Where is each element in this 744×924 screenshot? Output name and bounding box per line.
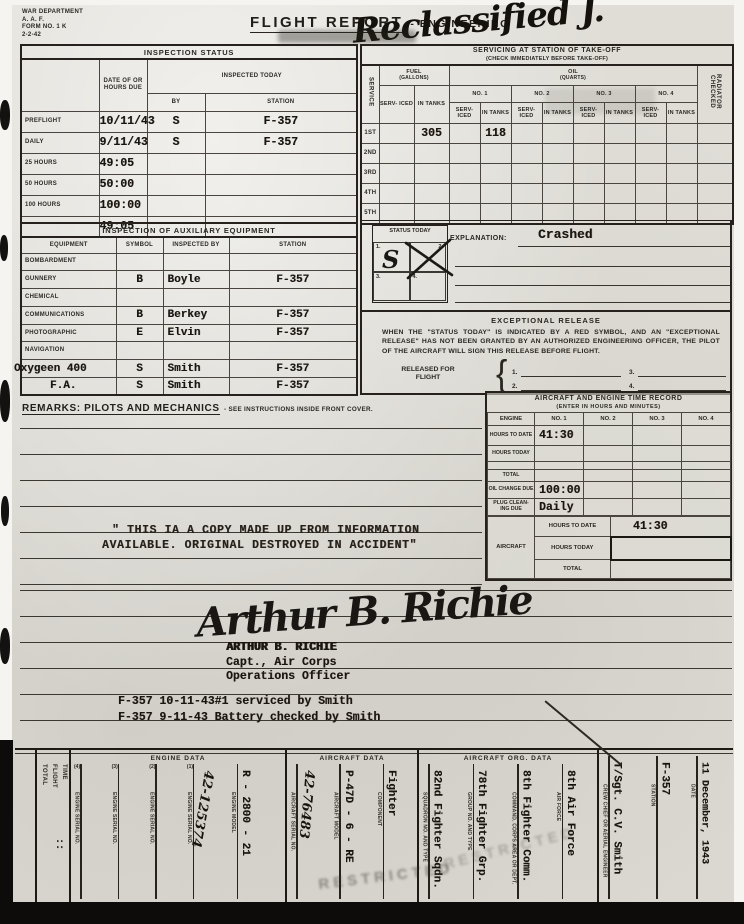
table-row xyxy=(488,462,731,470)
scan-artifact xyxy=(278,30,416,43)
value-cell: 100:00 xyxy=(535,482,584,499)
row-label: 4TH xyxy=(361,184,379,204)
ruled-lines xyxy=(20,403,482,585)
value-cell: 41:30 xyxy=(535,426,584,446)
col-header-date-due: DATE OF OR HOURS DUE xyxy=(99,59,147,111)
col-header-oil: OIL(QUARTS) xyxy=(449,65,697,85)
subcol-serviced: SERV- ICED xyxy=(449,103,480,124)
row-label: TOTAL xyxy=(488,470,535,482)
row-label: PREFLIGHT xyxy=(21,111,99,132)
release-line-number: 4. xyxy=(629,383,634,390)
col-header-station: STATION xyxy=(205,93,357,111)
table-row: F.A. S Smith F-357 xyxy=(21,378,357,396)
row-label: 25 HOURS xyxy=(21,153,99,174)
scan-artifact xyxy=(0,628,10,664)
table-row: Oxygeen 400 S Smith F-357 xyxy=(21,360,357,378)
symbol-cell: B xyxy=(116,306,163,324)
hours-today-box xyxy=(611,537,731,560)
scan-artifact xyxy=(0,380,10,422)
aux-title: INSPECTION OF AUXILIARY EQUIPMENT xyxy=(21,223,357,237)
scan-artifact xyxy=(0,100,10,130)
ruled-line xyxy=(455,302,730,303)
exceptional-release-body: WHEN THE "STATUS TODAY" IS INDICATED BY … xyxy=(382,328,720,356)
handwritten-x-mark xyxy=(403,237,455,281)
col-header-oil-no4: NO. 4 xyxy=(635,85,697,103)
equipment-label: COMMUNICATIONS xyxy=(21,306,116,324)
col-header-oil-no1: NO. 1 xyxy=(449,85,511,103)
table-row: 4TH xyxy=(361,184,733,204)
inspection-status-title: INSPECTION STATUS xyxy=(21,45,357,59)
release-line-number: 3. xyxy=(629,369,634,376)
table-row: CHEMICAL xyxy=(21,289,357,307)
inspection-status-table: INSPECTION STATUS DATE OF OR HOURS DUE I… xyxy=(20,44,358,238)
oil1-in-tanks-cell: 118 xyxy=(480,124,511,144)
col-header-service: SERVICE xyxy=(361,65,379,124)
due-cell: 100:00 xyxy=(99,195,147,216)
inspected-by-cell: Smith xyxy=(163,378,229,396)
due-cell: 9/11/43 xyxy=(99,132,147,153)
col-header-oil-no3: NO. 3 xyxy=(573,85,635,103)
signer-rank: Capt., Air Corps xyxy=(226,656,350,671)
table-row: 100 HOURS 100:00 xyxy=(21,195,357,216)
ruled-line xyxy=(455,285,730,286)
engine-data-section: ENGINE DATA (4) ENGINE SERIAL NO. (3) EN… xyxy=(71,750,287,903)
form-number: FORM NO. 1 K xyxy=(22,24,122,32)
row-label: HOURS TO DATE xyxy=(535,517,611,537)
station-cell: F-357 xyxy=(229,324,357,342)
table-row: 1ST 305 118 xyxy=(361,124,733,144)
subcol-in-tanks: IN TANKS xyxy=(480,103,511,124)
table-row: PREFLIGHT 10/11/43 S F-357 xyxy=(21,111,357,132)
symbol-cell: E xyxy=(116,324,163,342)
inspected-by-cell: Berkey xyxy=(163,306,229,324)
table-row: PHOTOGRAPHIC E Elvin F-357 xyxy=(21,324,357,342)
squadron-field: SQUADRON NO. AND TYPE 82nd Fighter Sqdn. xyxy=(419,764,464,905)
col-header-no3: NO. 3 xyxy=(633,413,682,426)
table-row: AIRCRAFT HOURS TO DATE 41:30 xyxy=(488,517,731,537)
servicing-title: SERVICING AT STATION OF TAKE-OFF (CHECK … xyxy=(361,45,733,65)
total-flight-time-column: TOTAL FLIGHT TIME :: xyxy=(37,750,71,903)
exceptional-release-title: EXCEPTIONAL RELEASE xyxy=(360,316,732,325)
col-header-no1: NO. 1 xyxy=(535,413,584,426)
value-cell: 41:30 xyxy=(611,517,731,537)
inspected-by-cell: Elvin xyxy=(163,324,229,342)
scan-artifact xyxy=(0,740,13,924)
scan-artifact xyxy=(1,496,9,526)
col-header-inspected-today: INSPECTED TODAY xyxy=(147,59,357,93)
col-header-station: STATION xyxy=(229,237,357,253)
signature-line xyxy=(638,376,726,377)
servicing-title-text: SERVICING AT STATION OF TAKE-OFF xyxy=(362,47,732,55)
table-row: HOURS TO DATE 41:30 xyxy=(488,426,731,446)
crew-station-date-section: CREW CHIEF OR AERIAL ENGINEER T/Sgt. C.V… xyxy=(599,750,730,903)
date-field: DATE 11 December, 1943 xyxy=(687,756,730,905)
row-label: HOURS TO DATE xyxy=(488,426,535,446)
col-header-oil-no2: NO. 2 xyxy=(511,85,573,103)
equipment-label: PHOTOGRAPHIC xyxy=(21,324,116,342)
scan-artifact xyxy=(0,902,744,924)
by-cell: S xyxy=(147,111,205,132)
by-cell: S xyxy=(147,132,205,153)
engine-data-header: ENGINE DATA xyxy=(71,755,285,762)
ruled-line xyxy=(455,266,730,267)
explanation-label: EXPLANATION: xyxy=(450,235,507,242)
equipment-label: BOMBARDMENT xyxy=(21,253,116,271)
total-flight-time-value: :: xyxy=(53,838,64,850)
explanation-value: Crashed xyxy=(538,227,593,242)
row-label: 1ST xyxy=(361,124,379,144)
col-header-fuel: FUEL(GALLONS) xyxy=(379,65,449,85)
station-cell: F-357 xyxy=(229,360,357,378)
engine-serial-4-field: (4) ENGINE SERIAL NO. xyxy=(71,764,109,905)
symbol-cell: B xyxy=(116,271,163,289)
agency-branch: A. A. F. xyxy=(22,17,122,25)
station-cell: F-357 xyxy=(205,111,357,132)
table-row: PLUG CLEAN- ING DUE Daily xyxy=(488,499,731,516)
servicing-subtitle: (CHECK IMMEDIATELY BEFORE TAKE-OFF) xyxy=(362,55,732,63)
signature-line xyxy=(521,376,621,377)
table-row: NAVIGATION xyxy=(21,342,357,360)
subcol-serviced: SERV- ICED xyxy=(511,103,542,124)
station-cell: F-357 xyxy=(229,306,357,324)
form-identifier: WAR DEPARTMENT A. A. F. FORM NO. 1 K 2-2… xyxy=(22,9,122,39)
row-label: PLUG CLEAN- ING DUE xyxy=(488,499,535,516)
col-header-inspected-by: INSPECTED BY xyxy=(163,237,229,253)
total-flight-time-label: TOTAL FLIGHT TIME xyxy=(39,764,68,788)
subcol-in-tanks: IN TANKS xyxy=(604,103,635,124)
copy-note-line1: " THIS IA A COPY MADE UP FROM INFORMATIO… xyxy=(112,523,420,538)
table-row: BOMBARDMENT xyxy=(21,253,357,271)
time-record-title: AIRCRAFT AND ENGINE TIME RECORD (ENTER I… xyxy=(487,393,730,412)
inspected-by-cell: Smith xyxy=(163,360,229,378)
copy-note-line2: AVAILABLE. ORIGINAL DESTROYED IN ACCIDEN… xyxy=(102,538,420,553)
due-cell: 10/11/43 xyxy=(99,111,147,132)
equipment-label: NAVIGATION xyxy=(21,342,116,360)
row-label: HOURS TODAY xyxy=(535,537,611,560)
org-data-header: AIRCRAFT ORG. DATA xyxy=(419,755,597,762)
subcol-serviced: SERV- ICED xyxy=(573,103,604,124)
station-field: STATION F-357 xyxy=(647,756,687,905)
brace-glyph: { xyxy=(496,353,507,396)
form-date: 2-2-42 xyxy=(22,32,122,40)
engine-time-table: ENGINE NO. 1 NO. 2 NO. 3 NO. 4 HOURS TO … xyxy=(487,412,731,516)
scanned-flight-report: WAR DEPARTMENT A. A. F. FORM NO. 1 K 2-2… xyxy=(0,0,744,924)
row-label: OIL CHANGE DUE xyxy=(488,482,535,499)
station-cell: F-357 xyxy=(229,271,357,289)
released-for-flight-label: RELEASED FOR FLIGHT xyxy=(390,366,466,382)
row-label: DAILY xyxy=(21,132,99,153)
col-header-fuel-serviced: SERV- ICED xyxy=(379,85,414,124)
table-row: TOTAL xyxy=(488,470,731,482)
engine-serial-2-field: (2) ENGINE SERIAL NO. xyxy=(146,764,184,905)
aircraft-time-table: AIRCRAFT HOURS TO DATE 41:30 HOURS TODAY… xyxy=(487,516,732,579)
table-row: 3RD xyxy=(361,164,733,184)
signer-role: Operations Officer xyxy=(226,670,350,685)
row-label: 3RD xyxy=(361,164,379,184)
table-row: HOURS TODAY xyxy=(488,446,731,462)
col-header-engine: ENGINE xyxy=(488,413,535,426)
signature-block: ARTHUR B. RICHIE Capt., Air Corps Operat… xyxy=(226,641,350,685)
row-label: 2ND xyxy=(361,144,379,164)
agency-name: WAR DEPARTMENT xyxy=(22,9,122,17)
col-header-symbol: SYMBOL xyxy=(116,237,163,253)
scan-artifact xyxy=(0,235,8,261)
col-header-by: BY xyxy=(147,93,205,111)
table-row: COMMUNICATIONS B Berkey F-357 xyxy=(21,306,357,324)
due-cell: 49:05 xyxy=(99,153,147,174)
table-row: OIL CHANGE DUE 100:00 xyxy=(488,482,731,499)
aircraft-data-header: AIRCRAFT DATA xyxy=(287,755,417,762)
handwritten-aircraft-serial: 42-76483 xyxy=(294,763,316,839)
fuel-in-tanks-cell: 305 xyxy=(414,124,449,144)
equipment-label: Oxygeen 400 xyxy=(21,360,116,378)
engine-model-field: ENGINE MODEL R - 2800 - 21 xyxy=(228,764,285,905)
value-cell: Daily xyxy=(535,499,584,516)
copy-note: " THIS IA A COPY MADE UP FROM INFORMATIO… xyxy=(112,523,420,553)
strip-stub xyxy=(15,750,37,903)
auxiliary-equipment-table: INSPECTION OF AUXILIARY EQUIPMENT EQUIPM… xyxy=(20,222,358,396)
col-header-equipment: EQUIPMENT xyxy=(21,237,116,253)
subcol-serviced: SERV- ICED xyxy=(635,103,666,124)
subcol-in-tanks: IN TANKS xyxy=(666,103,697,124)
signer-name: ARTHUR B. RICHIE xyxy=(226,641,350,656)
symbol-cell: S xyxy=(116,378,163,396)
release-line-number: 1. xyxy=(512,369,517,376)
servicing-table: SERVICING AT STATION OF TAKE-OFF (CHECK … xyxy=(360,44,734,225)
station-cell: F-357 xyxy=(229,378,357,396)
ruled-line xyxy=(518,246,730,247)
row-label: 100 HOURS xyxy=(21,195,99,216)
release-line-number: 2. xyxy=(512,383,517,390)
time-record-block: AIRCRAFT AND ENGINE TIME RECORD (ENTER I… xyxy=(485,391,732,581)
col-header-radiator: RADIATOR CHECKED xyxy=(697,65,733,124)
crew-chief-field: CREW CHIEF OR AERIAL ENGINEER T/Sgt. C.V… xyxy=(599,756,647,905)
handwritten-status-symbol: S xyxy=(382,245,399,274)
table-row: 2ND xyxy=(361,144,733,164)
col-header-no2: NO. 2 xyxy=(584,413,633,426)
group-field: GROUP NO. AND TYPE 78th Fighter Grp. xyxy=(464,764,509,905)
equipment-label: GUNNERY xyxy=(21,271,116,289)
table-row: GUNNERY B Boyle F-357 xyxy=(21,271,357,289)
row-label: TOTAL xyxy=(535,560,611,579)
inspected-by-cell: Boyle xyxy=(163,271,229,289)
service-note-line2: F-357 9-11-43 Battery checked by Smith xyxy=(118,710,380,726)
col-header-no4: NO. 4 xyxy=(682,413,731,426)
row-label: HOURS TODAY xyxy=(488,446,535,462)
symbol-cell: S xyxy=(116,360,163,378)
status-today-label: STATUS TODAY xyxy=(373,226,447,235)
station-cell: F-357 xyxy=(205,132,357,153)
engine-serial-1-field: (1) ENGINE SERIAL NO. 42-125374 xyxy=(184,764,228,905)
equipment-label: F.A. xyxy=(21,378,116,396)
service-note-line1: F-357 10-11-43#1 serviced by Smith xyxy=(118,694,380,710)
service-notes: F-357 10-11-43#1 serviced by Smith F-357… xyxy=(118,694,380,725)
equipment-label: CHEMICAL xyxy=(21,289,116,307)
table-row: DAILY 9/11/43 S F-357 xyxy=(21,132,357,153)
subcol-in-tanks: IN TANKS xyxy=(542,103,573,124)
due-cell: 50:00 xyxy=(99,174,147,195)
table-row: 50 HOURS 50:00 xyxy=(21,174,357,195)
engine-serial-3-field: (3) ENGINE SERIAL NO. xyxy=(109,764,147,905)
row-label: 50 HOURS xyxy=(21,174,99,195)
table-row: 25 HOURS 49:05 xyxy=(21,153,357,174)
aircraft-label: AIRCRAFT xyxy=(488,517,535,579)
col-header-fuel-in-tanks: IN TANKS xyxy=(414,85,449,124)
